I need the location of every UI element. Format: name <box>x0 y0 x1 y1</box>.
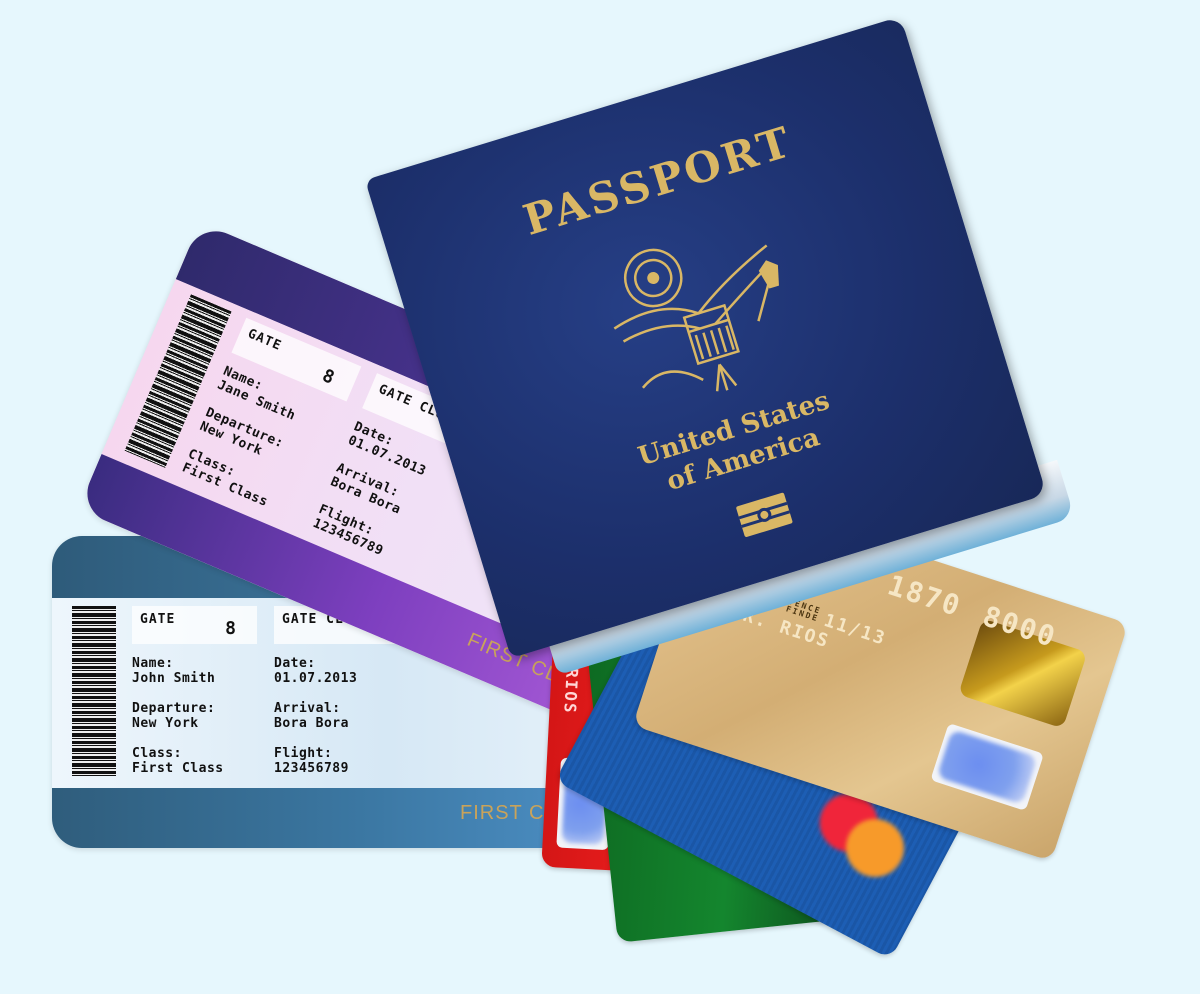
arrival-field: Arrival: Bora Bora <box>274 701 349 731</box>
gate-box: GATE 8 <box>132 606 257 644</box>
barcode-icon <box>72 606 116 776</box>
class-field: Class: First Class <box>132 746 224 776</box>
gate-label: GATE <box>245 326 283 354</box>
name-label: Name: <box>132 656 215 671</box>
arrival-value: Bora Bora <box>274 716 349 731</box>
date-label: Date: <box>274 656 357 671</box>
departure-field: Departure: New York <box>132 701 215 731</box>
class-label: Class: <box>132 746 224 761</box>
barcode-icon <box>125 294 232 468</box>
biometric-chip-icon <box>735 491 795 539</box>
gate-number: 8 <box>225 618 237 639</box>
flight-field: Flight: 123456789 <box>274 746 349 776</box>
eagle-seal-icon <box>583 201 824 422</box>
flight-value: 123456789 <box>274 761 349 776</box>
ticket-bottom-band: FIRST CLASS <box>52 788 612 848</box>
card-brand-logo-icon <box>930 723 1044 811</box>
arrival-label: Arrival: <box>274 701 349 716</box>
date-field: Date: 01.07.2013 <box>274 656 357 686</box>
name-field: Name: John Smith <box>132 656 215 686</box>
date-value: 01.07.2013 <box>274 671 357 686</box>
flight-label: Flight: <box>274 746 349 761</box>
departure-label: Departure: <box>132 701 215 716</box>
gate-label: GATE <box>140 612 175 627</box>
gate-number: 8 <box>319 365 338 389</box>
departure-value: New York <box>132 716 215 731</box>
name-value: John Smith <box>132 671 215 686</box>
class-value: First Class <box>132 761 224 776</box>
